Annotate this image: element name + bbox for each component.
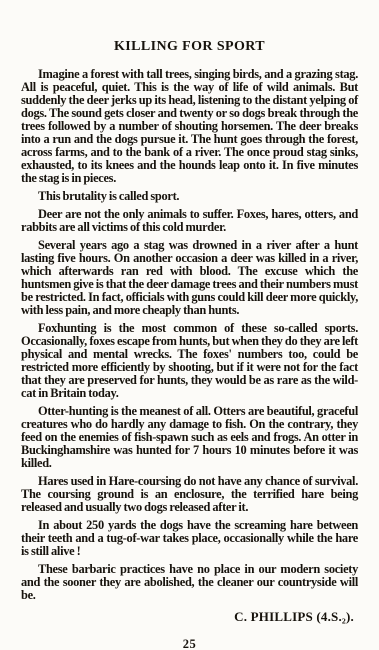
page-title: KILLING FOR SPORT [21,39,358,55]
author-signature: C. PHILLIPS (4.S.₂). [21,609,358,625]
essay-body: Imagine a forest with tall trees, singin… [21,68,358,602]
paragraph: Imagine a forest with tall trees, singin… [21,68,358,185]
paragraph: Hares used in Hare-coursing do not have … [21,475,358,514]
paragraph: This brutality is called sport. [21,190,358,203]
page-number: 25 [21,637,358,650]
book-page: KILLING FOR SPORT Imagine a forest with … [0,0,379,650]
paragraph: These barbaric practices have no place i… [21,563,358,602]
paragraph: Deer are not the only animals to suffer.… [21,208,358,234]
paragraph: Foxhunting is the most common of these s… [21,322,358,400]
paragraph: In about 250 yards the dogs have the scr… [21,519,358,558]
paragraph: Otter-hunting is the meanest of all. Ott… [21,405,358,470]
paragraph: Several years ago a stag was drowned in … [21,239,358,317]
